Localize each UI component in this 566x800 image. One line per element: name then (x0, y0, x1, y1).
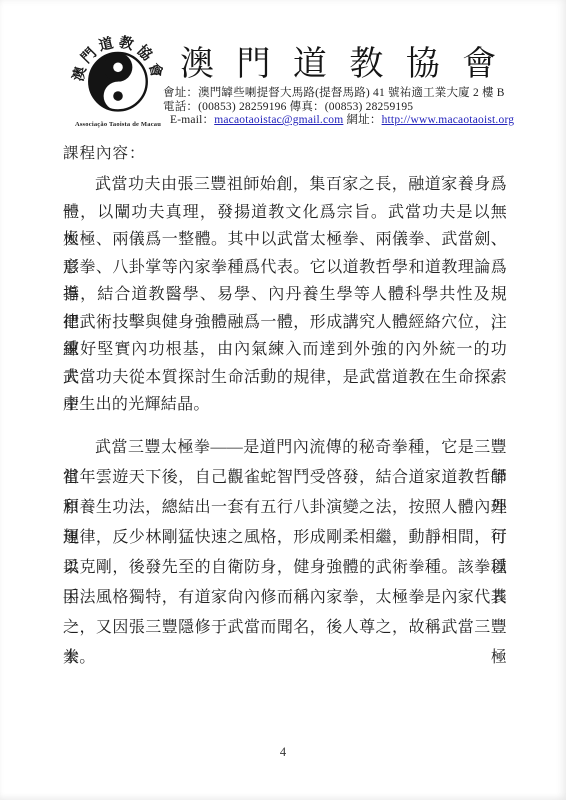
text-line: 柔克剛，後發先至的自衛防身，健身強體的武術拳種。該拳種因其 (63, 553, 507, 583)
paragraph-wudang-kungfu: 武當功夫由張三豐祖師始創，集百家之長，融道家養身爲一 體，以闡功夫真理，發揚道教… (63, 171, 507, 419)
section-heading: 課程內容： (63, 141, 146, 163)
text-line: 產生出的光輝結晶。 (63, 391, 507, 419)
org-title: 澳門道教協會 (180, 36, 519, 85)
text-line: 當年雲遊天下後，自己觀雀蛇智鬥受啓發，結合道家道教哲學原理 (63, 463, 507, 493)
text-line: 和養生功法，總結出一套有五行八卦演變之法，按照人體內外運行 (63, 493, 507, 523)
association-seal-logo: 澳門道教協會 Associação Taoista de Macau (66, 28, 170, 128)
page-number: 4 (0, 745, 566, 760)
seal-graphic: 澳門道教協會 (70, 28, 166, 120)
text-line: 武當三豐太極拳——是道門內流傳的秘奇拳種，它是三豐祖師 (63, 433, 507, 463)
text-line: 武當功夫由張三豐祖師始創，集百家之長，融道家養身爲一 (63, 171, 507, 199)
email-web-line: E-mail：macaotaoistac@gmail.com 網址：http:/… (170, 111, 514, 127)
text-line: 意拳、八卦掌等內家拳種爲代表。它以道教哲學和道教理論爲指 (63, 254, 507, 282)
text-line: 太極、兩儀爲一整體。其中以武當太極拳、兩儀拳、武當劍、形 (63, 226, 507, 254)
seal-subtitle: Associação Taoista de Macau (66, 121, 170, 128)
document-page: 澳門道教協會 Associação Taoista de Macau 澳門道教協… (0, 0, 566, 800)
text-line: 體，以闡功夫真理，發揚道教文化爲宗旨。武當功夫是以無極、 (63, 199, 507, 227)
text-line: 規律，反少林剛猛快速之風格，形成剛柔相繼，動靜相間，可以以 (63, 523, 507, 553)
email-label: E-mail： (170, 114, 214, 126)
yin-yang-icon (89, 53, 147, 111)
text-line: 把武術技擊與健身強體融爲一體，形成講究人體經絡穴位，注重 (63, 309, 507, 337)
text-line: 練好堅實內功根基，由內氣練入而達到外強的內外統一的功夫。 (63, 336, 507, 364)
text-line: 導，結合道教醫學、易學、內丹養生學等人體科學共性及規律， (63, 281, 507, 309)
paragraph-sanfeng-taichi: 武當三豐太極拳——是道門內流傳的秘奇拳種，它是三豐祖師 當年雲遊天下後，自己觀雀… (63, 433, 507, 673)
website-link[interactable]: http://www.macaotaoist.org (382, 114, 515, 126)
text-line: 手法風格獨特，有道家尙內修而稱內家拳，太極拳是內家代表之 (63, 583, 507, 613)
text-line: 一，又因張三豐隱修于武當而聞名，後人尊之，故稱武當三豐太極 (63, 613, 507, 643)
email-link[interactable]: macaotaoistac@gmail.com (214, 114, 343, 126)
website-label: 網址： (346, 114, 381, 126)
text-line: 武當功夫從本質探討生命活動的規律，是武當道教在生命探索中 (63, 364, 507, 392)
